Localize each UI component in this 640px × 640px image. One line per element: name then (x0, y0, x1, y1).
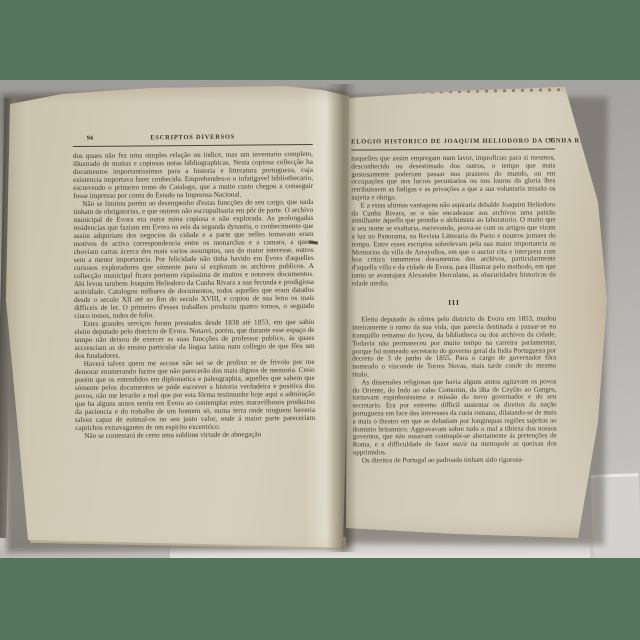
left-page-text-column: 94 ESCRIPTOS DIVERSOS dos quaes não fez … (73, 133, 316, 440)
right-page-body: naquelles que assim empregam num lavor, … (351, 154, 557, 465)
page-number: 94 (87, 135, 93, 142)
head-rule (351, 148, 555, 150)
left-page-body: dos quaes não fez uma simples relação ou… (73, 150, 316, 440)
left-running-head: 94 ESCRIPTOS DIVERSOS (73, 133, 313, 144)
right-page: ELOGIO HISTORICO DE JOAQUIM HELIODORO DA… (336, 82, 612, 544)
bottom-frame-band (0, 558, 640, 640)
running-head-title: ESCRIPTOS DIVERSOS (73, 133, 313, 142)
page-number: 95 (549, 137, 555, 144)
body-text-paragraph: Haverá talvez quem me accuse não sei se … (75, 358, 316, 432)
body-text-paragraph: Estes grandes serviços foram prestados d… (74, 318, 314, 360)
gutter-shadow (325, 84, 357, 552)
head-rule (73, 144, 313, 147)
body-text-paragraph: As dissensões religiosas que havia algun… (352, 378, 556, 457)
book-photo: ELOGIO HISTORICO DE JOAQUIM HELIODORO DA… (0, 0, 640, 640)
left-page: 94 ESCRIPTOS DIVERSOS dos quaes não fez … (2, 80, 352, 555)
body-text-paragraph: dos quaes não fez uma simples relação ou… (73, 150, 313, 200)
body-text-paragraph: Eleito deputado ás côrtes pelo districto… (352, 316, 556, 379)
top-frame-band (0, 0, 640, 80)
right-page-text-column: ELOGIO HISTORICO DE JOAQUIM HELIODORO DA… (351, 137, 557, 465)
running-head-title: ELOGIO HISTORICO DE JOAQUIM HELIODORO DA… (351, 137, 555, 145)
body-text-paragraph: naquelles que assim empregam num lavor, … (351, 154, 555, 202)
body-text-paragraph: Não se limitou porém ao desempenho d'est… (73, 198, 314, 320)
body-text-paragraph: Os direitos de Portugal ao padroado tinh… (353, 456, 557, 465)
body-text-paragraph: E a estas ultimas vantagens não aspirari… (351, 201, 555, 288)
section-heading: III (352, 298, 556, 307)
right-running-head: ELOGIO HISTORICO DE JOAQUIM HELIODORO DA… (351, 137, 555, 147)
body-text-paragraph: Não se contestará de certo uma sublime v… (75, 430, 315, 440)
